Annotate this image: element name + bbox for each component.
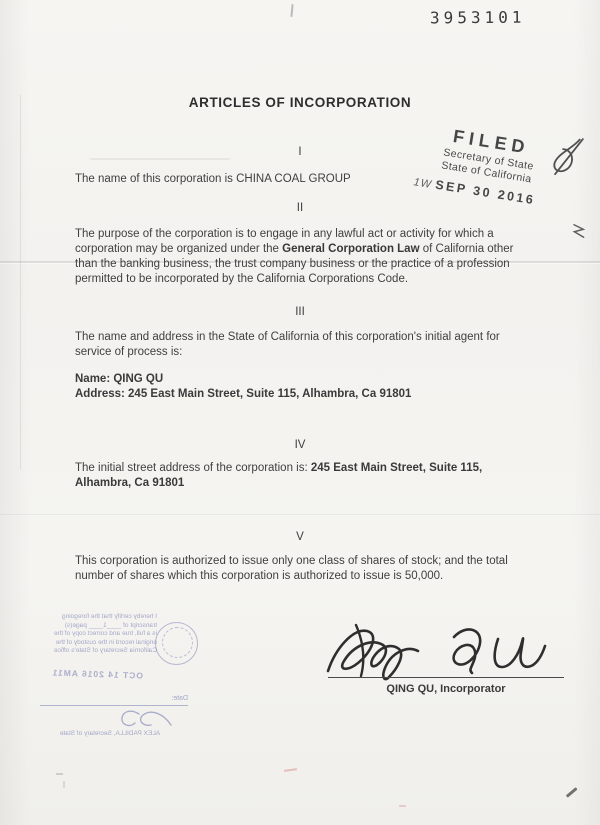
back-date-stamp-bleed: OCT 14 2016 AM11 bbox=[52, 667, 144, 680]
article-3-text: The name and address in the State of Cal… bbox=[75, 330, 545, 360]
pencil-smudge bbox=[90, 158, 230, 160]
certification-text-bleed: I hereby certify that the foregoing tran… bbox=[29, 613, 157, 656]
page-title: ARTICLES OF INCORPORATION bbox=[0, 95, 600, 110]
date-label-bleed: Date: bbox=[171, 695, 188, 702]
document-number: 3953101 bbox=[430, 8, 526, 28]
article-1-text: The name of this corporation is CHINA CO… bbox=[75, 172, 545, 187]
scan-speck bbox=[399, 805, 406, 807]
cert-line: transcript of ____1____ page(s) bbox=[29, 622, 157, 631]
article-3-numeral: III bbox=[0, 306, 600, 318]
handwritten-initial-mark bbox=[543, 133, 588, 184]
article-4-text-before: The initial street address of the corpor… bbox=[75, 462, 311, 474]
state-seal-inner-ring bbox=[162, 627, 193, 658]
article-2-bold-phrase: General Corporation Law bbox=[282, 243, 419, 255]
scanned-document-page: 3953101 ARTICLES OF INCORPORATION FILED … bbox=[0, 0, 600, 825]
secretary-name-bleed: ALEX PADILLA, Secretary of State bbox=[47, 730, 173, 737]
cert-line: original record in the custody of the bbox=[29, 639, 157, 648]
article-4-text: The initial street address of the corpor… bbox=[75, 461, 545, 491]
pen-mark bbox=[290, 4, 293, 17]
scan-speck bbox=[566, 787, 578, 797]
incorporator-signature bbox=[322, 621, 560, 681]
article-4-numeral: IV bbox=[0, 439, 600, 451]
incorporator-name-label: QING QU, Incorporator bbox=[328, 683, 564, 695]
signature-line bbox=[328, 677, 564, 678]
filed-stamp: FILED Secretary of State State of Califo… bbox=[394, 118, 580, 213]
scan-speck bbox=[63, 781, 65, 788]
paper-crease-horizontal-faint bbox=[0, 514, 600, 515]
cert-line: I hereby certify that the foregoing bbox=[29, 613, 157, 622]
scan-speck bbox=[284, 768, 297, 772]
state-seal-bleed bbox=[155, 622, 198, 665]
article-5-text: This corporation is authorized to issue … bbox=[75, 554, 545, 584]
scan-speck bbox=[56, 773, 63, 775]
article-1-numeral: I bbox=[0, 146, 600, 158]
date-line-bleed bbox=[40, 705, 188, 706]
article-2-numeral: II bbox=[0, 202, 600, 214]
back-page-bleed-through: I hereby certify that the foregoing tran… bbox=[26, 607, 201, 747]
handwritten-check-mark bbox=[571, 222, 586, 241]
article-5-numeral: V bbox=[0, 531, 600, 543]
agent-address-line: Address: 245 East Main Street, Suite 115… bbox=[75, 387, 545, 402]
cert-line: is a full, true and correct copy of the bbox=[29, 630, 157, 639]
agent-name-line: Name: QING QU bbox=[75, 372, 545, 387]
article-2-text: The purpose of the corporation is to eng… bbox=[75, 227, 545, 287]
cert-line: California Secretary of State's office bbox=[29, 647, 157, 656]
